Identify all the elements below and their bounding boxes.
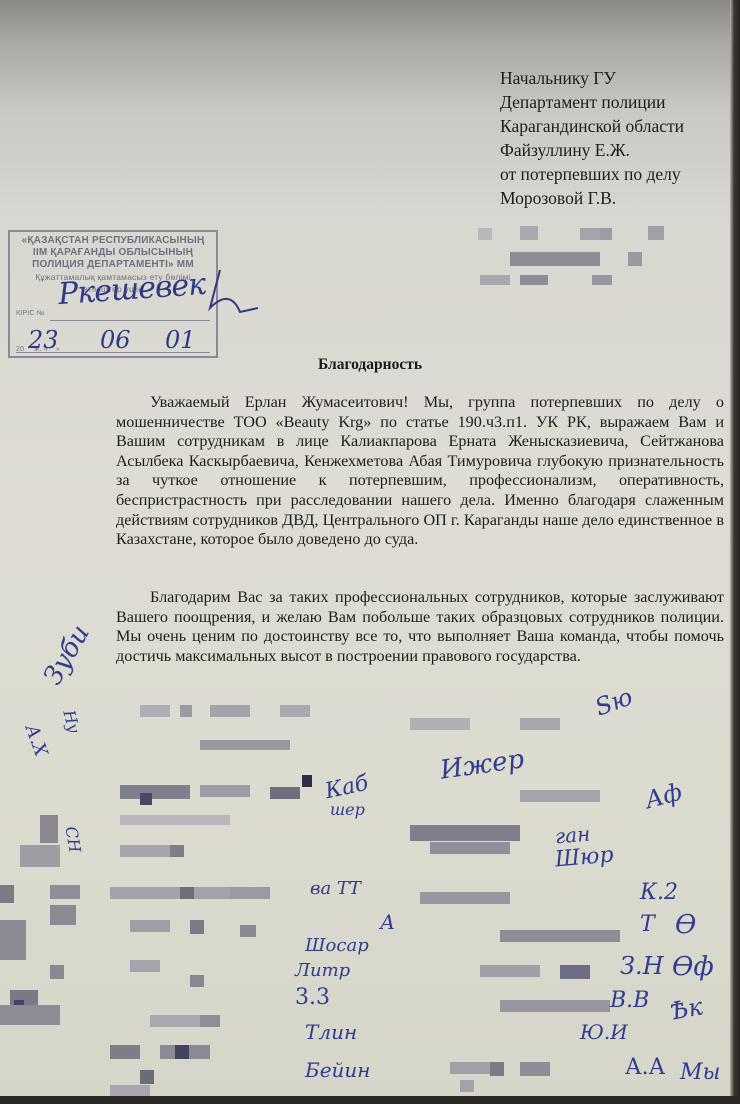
stamp-reg-label: КІРІС № [16, 308, 45, 320]
addressee-line: Начальнику ГУ [500, 66, 684, 90]
signature: Мы [680, 1060, 720, 1085]
paragraph-1: Уважаемый Ерлан Жумасеитович! Мы, группа… [116, 393, 724, 550]
stamp-reg-line [50, 320, 210, 321]
signature: А.Х [21, 722, 52, 759]
addressee-line: от потерпевших по делу [500, 162, 684, 186]
stamp-handwritten-month: 06 [100, 326, 131, 354]
signature: А.А [625, 1055, 665, 1080]
signature: Тлин [305, 1020, 357, 1044]
signature: Шосар [305, 935, 369, 956]
signature: шер [330, 800, 365, 819]
stamp-handwritten-year: 01 [165, 326, 196, 354]
signature: Шюр [554, 842, 615, 872]
signature: Аф [642, 778, 685, 815]
signature: Литр [295, 960, 350, 981]
stamp-line: «ҚАЗАҚСТАН РЕСПУБЛИКАСЫНЫҢ [10, 235, 216, 247]
signature: В.В [610, 988, 649, 1013]
signature: ва ТТ [310, 878, 361, 899]
signature: Ѳф [672, 952, 714, 982]
addressee-line: Департамент полиции [500, 90, 684, 114]
addressee-block: Начальнику ГУ Департамент полиции Карага… [500, 66, 684, 210]
signature: Ѳ [675, 910, 696, 940]
addressee-line: Морозовой Г.В. [500, 186, 684, 210]
paragraph-2: Благодарим Вас за таких профессиональных… [116, 588, 724, 666]
signature: Ю.И [580, 1020, 628, 1044]
signature: Ѕю [591, 682, 636, 721]
stamp-signature-stroke [200, 268, 260, 328]
signature: Бейин [305, 1058, 370, 1082]
signature: К.2 [640, 880, 678, 905]
addressee-line: Файзуллину Е.Ж. [500, 138, 684, 162]
signature: Ну [59, 708, 83, 735]
signature: 3.3 [295, 985, 330, 1010]
page-bottom-edge [0, 1096, 740, 1104]
stamp-line: ІІМ ҚАРАҒАНДЫ ОБЛЫСЫНЫҢ [10, 247, 216, 259]
paragraph-2-text: Благодарим Вас за таких профессиональных… [116, 588, 724, 665]
signature: Ижер [438, 744, 526, 785]
signature: З.Н [620, 952, 664, 980]
signature: Зуби [38, 620, 96, 690]
signature: А [380, 910, 395, 934]
signature: СН [61, 825, 84, 854]
page-edge-shadow [730, 0, 740, 1104]
signature: Т [640, 912, 655, 937]
letter-paper: Начальнику ГУ Департамент полиции Карага… [0, 0, 732, 1100]
stamp-handwritten-day: 23 [28, 326, 59, 354]
letter-title: Благодарность [0, 356, 740, 374]
signature: Ѣк [668, 992, 705, 1025]
addressee-line: Карагандинской области [500, 114, 684, 138]
paragraph-1-text: Уважаемый Ерлан Жумасеитович! Мы, группа… [116, 393, 724, 548]
